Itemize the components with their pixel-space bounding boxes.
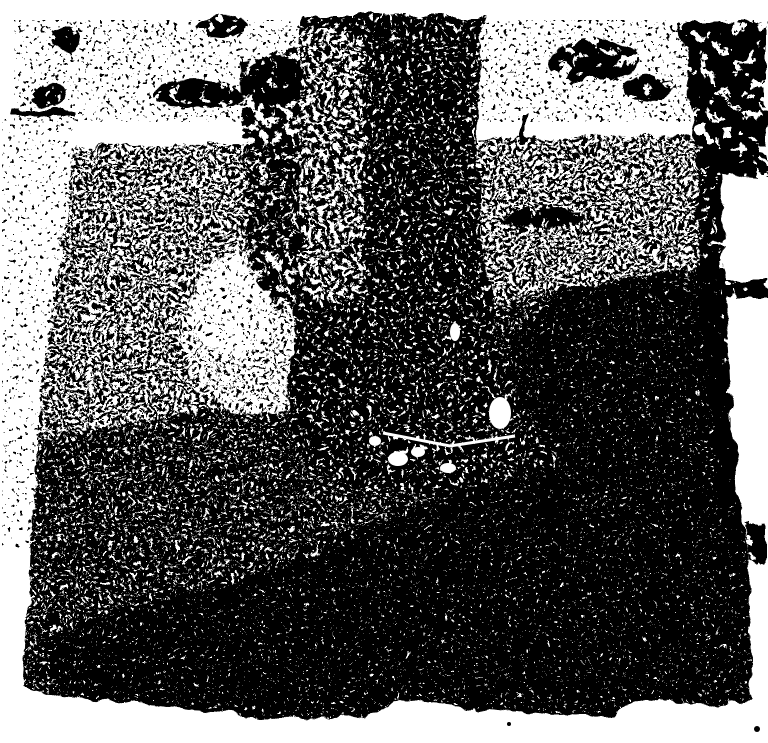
bark-gap xyxy=(450,323,460,341)
debris-blob xyxy=(52,27,82,53)
binary-photo-figure xyxy=(0,0,768,743)
debris-blob xyxy=(195,16,249,38)
debris-blob xyxy=(33,84,67,108)
small-dark-bar xyxy=(720,281,768,297)
debris-streak xyxy=(155,80,243,110)
debris-blob xyxy=(625,74,675,102)
white-stone xyxy=(489,397,511,429)
white-stone xyxy=(411,447,425,457)
white-stone xyxy=(440,463,456,473)
stray-dot xyxy=(754,726,760,732)
stray-dot xyxy=(507,722,511,726)
debris-blob xyxy=(546,38,638,82)
trunk-left-broken-bark xyxy=(300,30,364,300)
white-stone xyxy=(369,436,381,446)
binary-photo-canvas xyxy=(0,0,768,743)
white-stone xyxy=(388,452,408,466)
bark-dark-blob xyxy=(242,56,302,108)
debris-twig xyxy=(10,110,76,115)
